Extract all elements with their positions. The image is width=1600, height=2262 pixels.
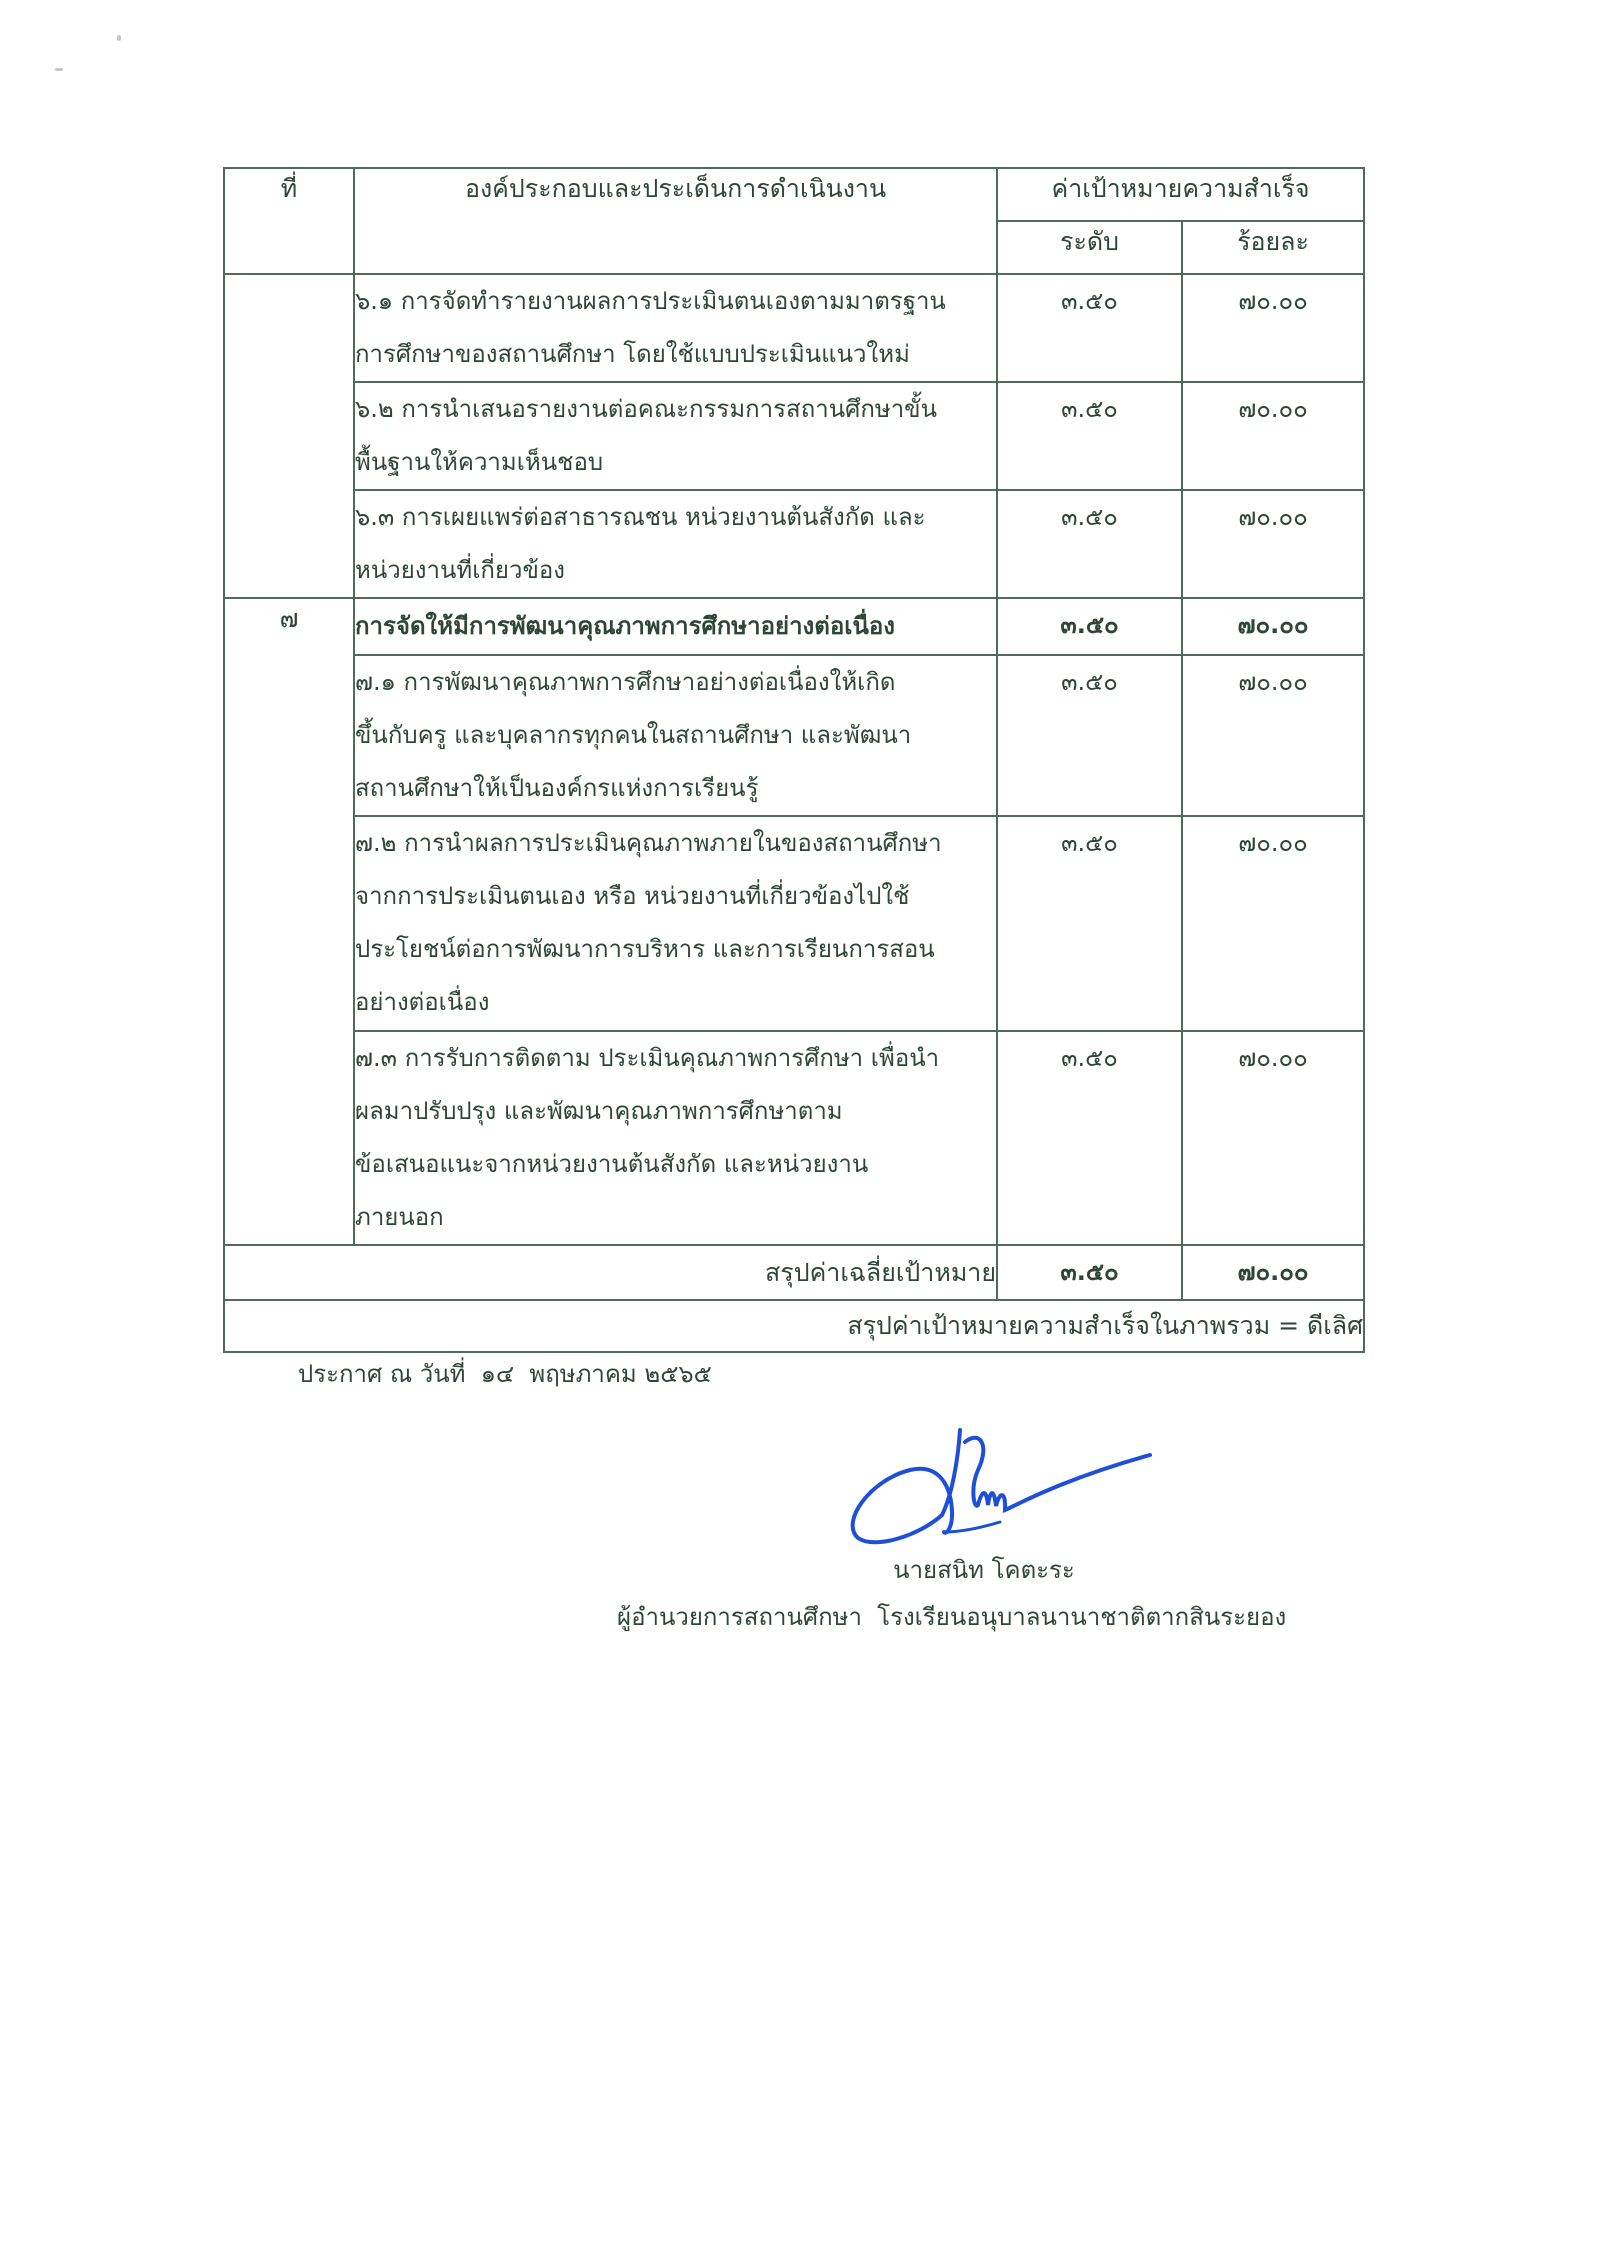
desc-line: ๗.๓ การรับการติดตาม ประเมินคุณภาพการศึกษ… — [355, 1032, 996, 1085]
row-percent: ๗๐.๐๐ — [1182, 490, 1364, 598]
row-level: ๓.๕๐ — [997, 655, 1182, 816]
table-row: ๖.๑ การจัดทำรายงานผลการประเมินตนเองตามมา… — [224, 274, 1364, 382]
desc-line: ผลมาปรับปรุง และพัฒนาคุณภาพการศึกษาตาม — [355, 1085, 996, 1138]
row-description: ๗.๓ การรับการติดตาม ประเมินคุณภาพการศึกษ… — [354, 1031, 997, 1245]
desc-line: ๖.๑ การจัดทำรายงานผลการประเมินตนเองตามมา… — [355, 275, 996, 328]
summary-label: สรุปค่าเฉลี่ยเป้าหมาย — [224, 1245, 997, 1300]
row-level: ๓.๕๐ — [997, 490, 1182, 598]
row-level: ๓.๕๐ — [997, 1031, 1182, 1245]
table-row: ๖.๓ การเผยแพร่ต่อสาธารณชน หน่วยงานต้นสัง… — [224, 490, 1364, 598]
table-row: ๖.๒ การนำเสนอรายงานต่อคณะกรรมการสถานศึกษ… — [224, 382, 1364, 490]
header-target-group: ค่าเป้าหมายความสำเร็จ — [997, 168, 1364, 221]
signer-name: นายสนิท โคตะระ — [0, 1550, 1600, 1589]
row-description: การจัดให้มีการพัฒนาคุณภาพการศึกษาอย่างต่… — [354, 598, 997, 655]
scan-artifact — [55, 68, 63, 71]
row-description: ๗.๒ การนำผลการประเมินคุณภาพภายในของสถานศ… — [354, 816, 997, 1031]
row-description: ๖.๓ การเผยแพร่ต่อสาธารณชน หน่วยงานต้นสัง… — [354, 490, 997, 598]
desc-line: ภายนอก — [355, 1191, 996, 1244]
row-level: ๓.๕๐ — [997, 816, 1182, 1031]
scan-artifact — [117, 35, 121, 41]
desc-line: ขึ้นกับครู และบุคลากรทุกคนในสถานศึกษา แล… — [355, 709, 996, 762]
row-percent: ๗๐.๐๐ — [1182, 598, 1364, 655]
row-description: ๗.๑ การพัฒนาคุณภาพการศึกษาอย่างต่อเนื่อง… — [354, 655, 997, 816]
summary-percent: ๗๐.๐๐ — [1182, 1245, 1364, 1300]
row-level: ๓.๕๐ — [997, 598, 1182, 655]
row-no: ๗ — [224, 598, 354, 1245]
desc-line: ๖.๓ การเผยแพร่ต่อสาธารณชน หน่วยงานต้นสัง… — [355, 491, 996, 544]
desc-line: ๖.๒ การนำเสนอรายงานต่อคณะกรรมการสถานศึกษ… — [355, 383, 996, 436]
desc-line: ๗.๑ การพัฒนาคุณภาพการศึกษาอย่างต่อเนื่อง… — [355, 656, 996, 709]
desc-line: ข้อเสนอแนะจากหน่วยงานต้นสังกัด และหน่วยง… — [355, 1138, 996, 1191]
desc-line: การศึกษาของสถานศึกษา โดยใช้แบบประเมินแนว… — [355, 328, 996, 381]
table-row-section: ๗ การจัดให้มีการพัฒนาคุณภาพการศึกษาอย่าง… — [224, 598, 1364, 655]
row-description: ๖.๑ การจัดทำรายงานผลการประเมินตนเองตามมา… — [354, 274, 997, 382]
desc-line: การจัดให้มีการพัฒนาคุณภาพการศึกษาอย่างต่… — [355, 599, 996, 653]
header-percent: ร้อยละ — [1182, 221, 1364, 274]
achievement-target-table: ที่ องค์ประกอบและประเด็นการดำเนินงาน ค่า… — [223, 167, 1365, 1353]
row-percent: ๗๐.๐๐ — [1182, 1031, 1364, 1245]
desc-line: พื้นฐานให้ความเห็นชอบ — [355, 436, 996, 489]
row-percent: ๗๐.๐๐ — [1182, 382, 1364, 490]
table-row: ๗.๒ การนำผลการประเมินคุณภาพภายในของสถานศ… — [224, 816, 1364, 1031]
row-no-cell — [224, 274, 354, 598]
desc-line: อย่างต่อเนื่อง — [355, 976, 996, 1029]
header-component: องค์ประกอบและประเด็นการดำเนินงาน — [354, 168, 997, 274]
announcement-date: ประกาศ ณ วันที่ ๑๔ พฤษภาคม ๒๕๖๕ — [298, 1354, 712, 1393]
desc-line: ๗.๒ การนำผลการประเมินคุณภาพภายในของสถานศ… — [355, 817, 996, 870]
table-row: ๗.๑ การพัฒนาคุณภาพการศึกษาอย่างต่อเนื่อง… — [224, 655, 1364, 816]
row-percent: ๗๐.๐๐ — [1182, 274, 1364, 382]
desc-line: สถานศึกษาให้เป็นองค์กรแห่งการเรียนรู้ — [355, 762, 996, 815]
desc-line: จากการประเมินตนเอง หรือ หน่วยงานที่เกี่ย… — [355, 870, 996, 923]
desc-line: หน่วยงานที่เกี่ยวข้อง — [355, 544, 996, 597]
row-level: ๓.๕๐ — [997, 382, 1182, 490]
header-no: ที่ — [224, 168, 354, 274]
row-percent: ๗๐.๐๐ — [1182, 655, 1364, 816]
summary-level: ๓.๕๐ — [997, 1245, 1182, 1300]
header-level: ระดับ — [997, 221, 1182, 274]
signature-icon — [840, 1410, 1170, 1560]
overall-row: สรุปค่าเป้าหมายความสำเร็จในภาพรวม = ดีเล… — [224, 1300, 1364, 1352]
table-row: ๗.๓ การรับการติดตาม ประเมินคุณภาพการศึกษ… — [224, 1031, 1364, 1245]
overall-summary: สรุปค่าเป้าหมายความสำเร็จในภาพรวม = ดีเล… — [224, 1300, 1364, 1352]
row-level: ๓.๕๐ — [997, 274, 1182, 382]
signer-title: ผู้อำนวยการสถานศึกษา โรงเรียนอนุบาลนานาช… — [617, 1597, 1286, 1636]
desc-line: ประโยชน์ต่อการพัฒนาการบริหาร และการเรียน… — [355, 923, 996, 976]
row-percent: ๗๐.๐๐ — [1182, 816, 1364, 1031]
row-description: ๖.๒ การนำเสนอรายงานต่อคณะกรรมการสถานศึกษ… — [354, 382, 997, 490]
summary-row: สรุปค่าเฉลี่ยเป้าหมาย ๓.๕๐ ๗๐.๐๐ — [224, 1245, 1364, 1300]
